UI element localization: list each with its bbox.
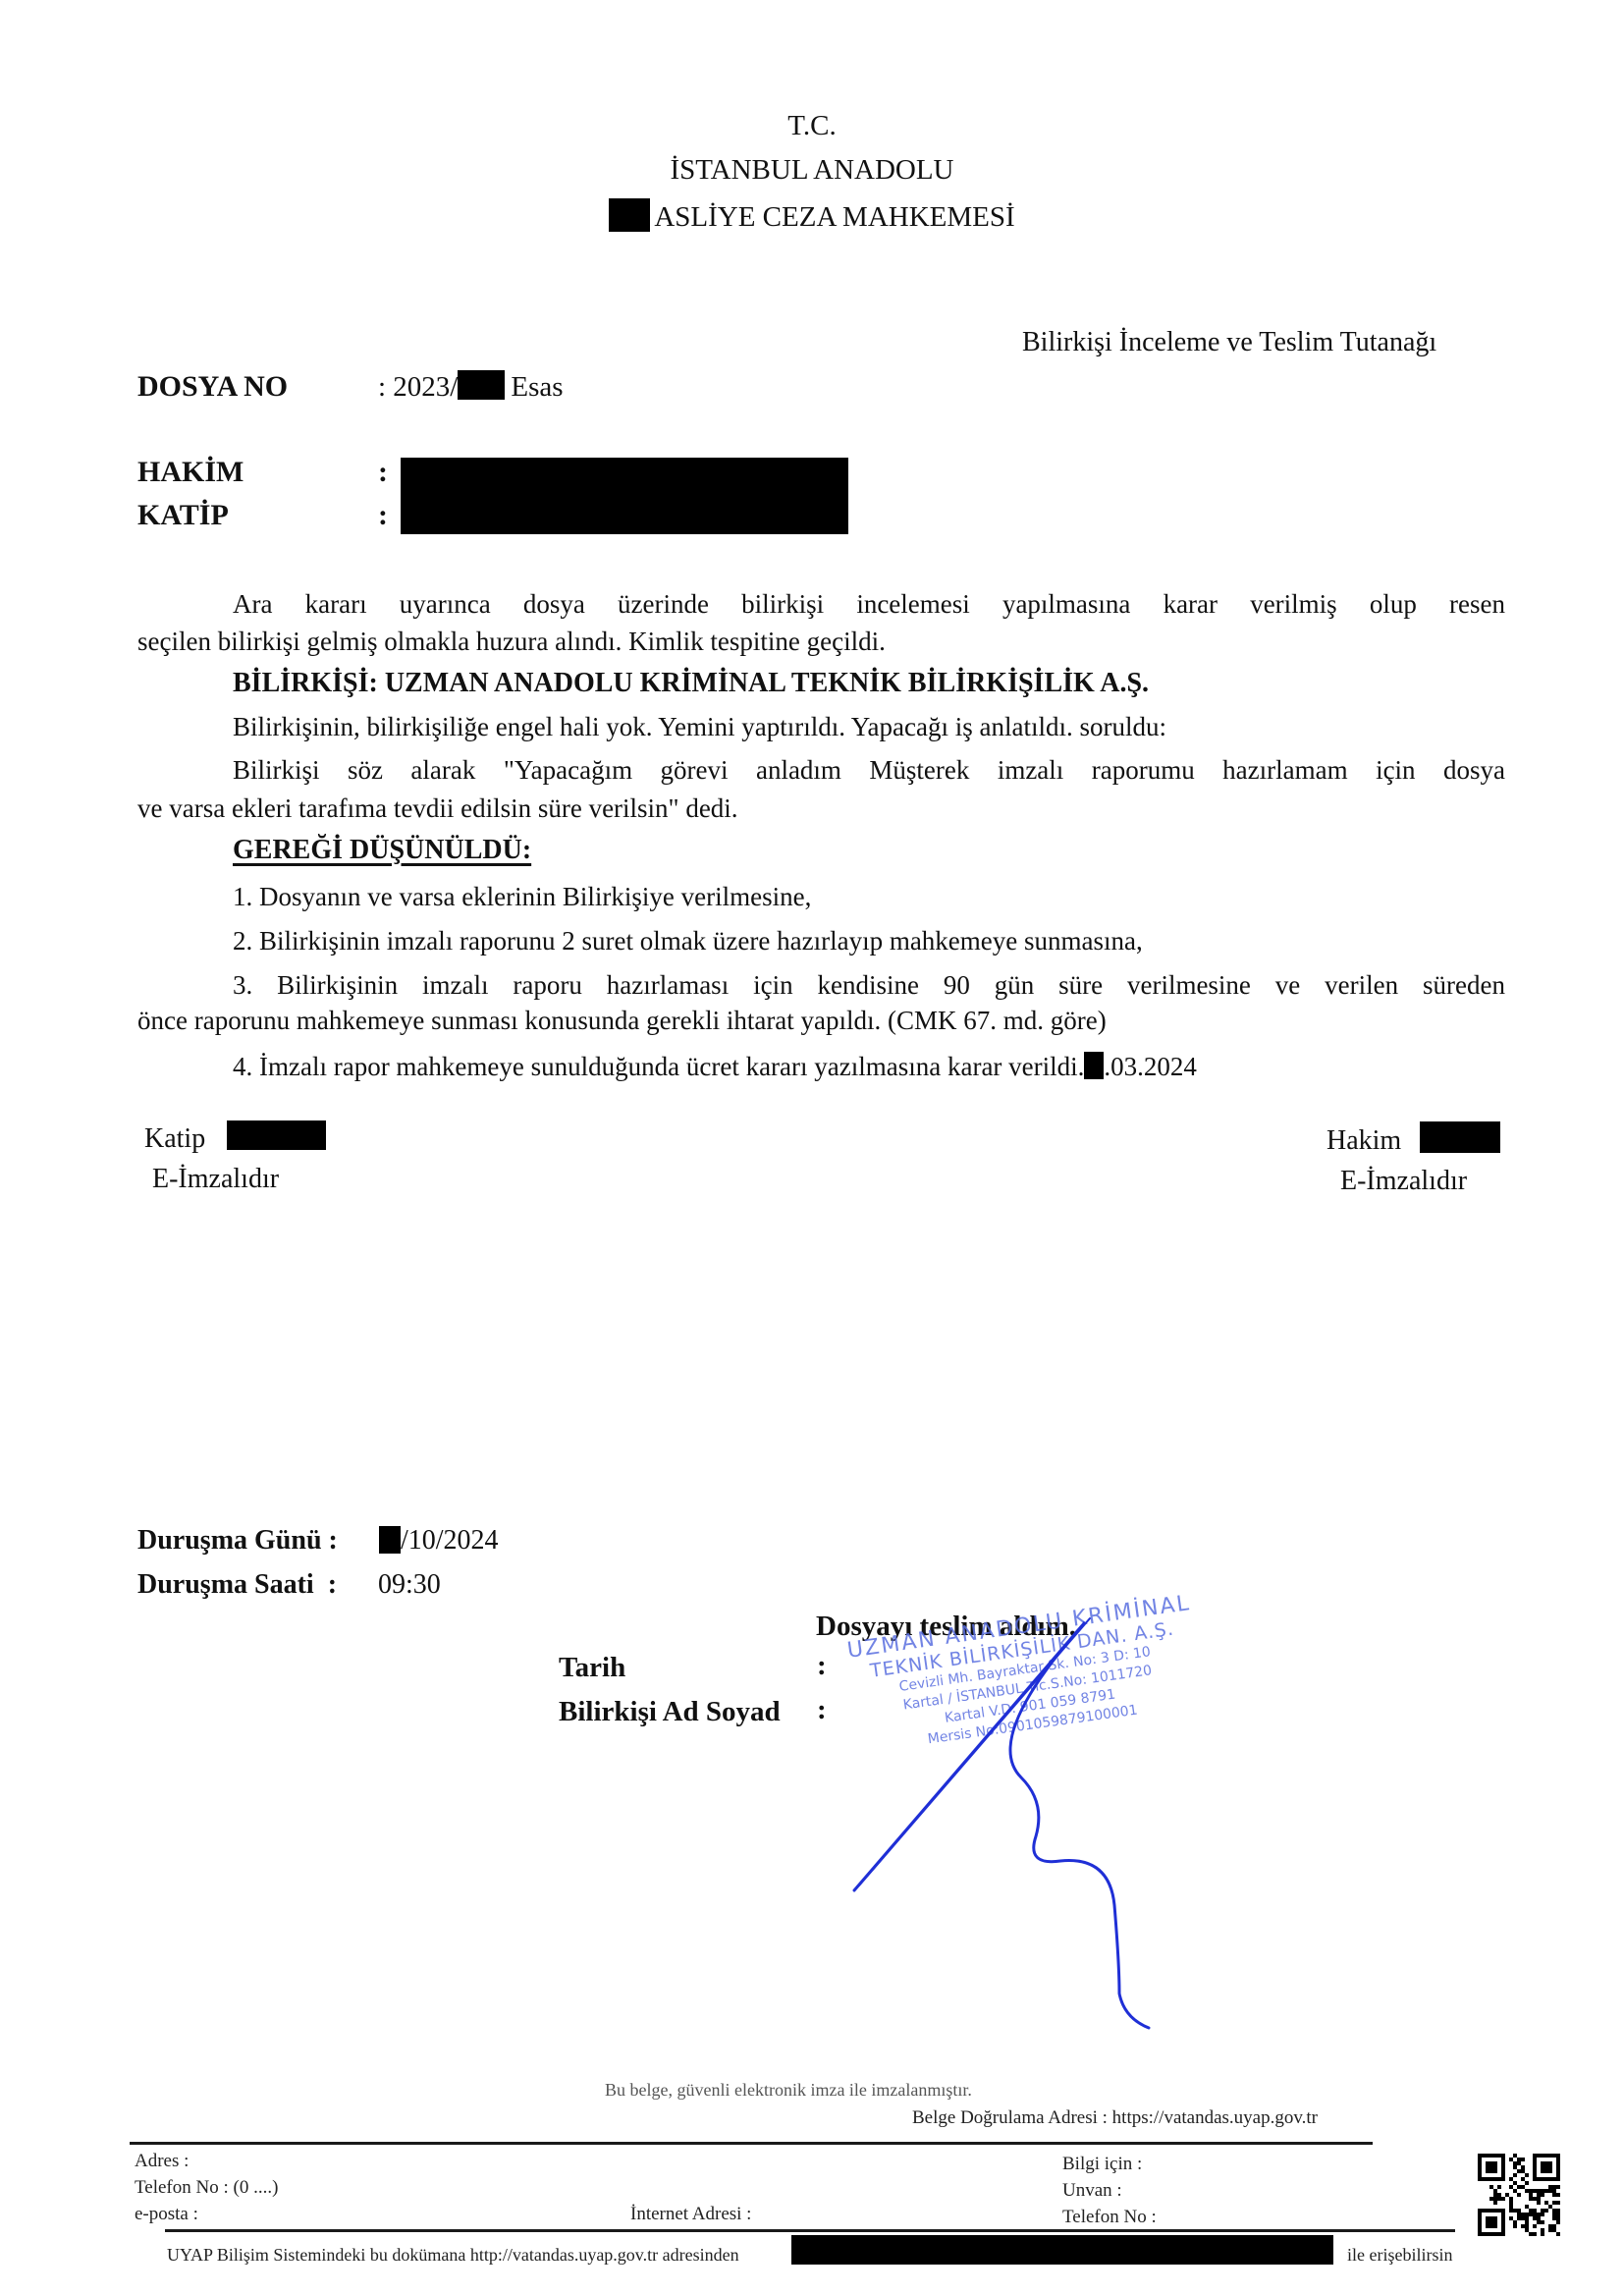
decision-item-4-text: 4. İmzalı rapor mahkemeye sunulduğunda ü… <box>233 1052 1084 1081</box>
dosya-no-value: : 2023/Esas <box>378 370 564 404</box>
uyap-access-text: UYAP Bilişim Sistemindeki bu dokümana ht… <box>167 2245 739 2266</box>
footer-unvan: Unvan : <box>1062 2180 1122 2202</box>
decision-heading: GEREĞİ DÜŞÜNÜLDÜ: <box>233 835 531 866</box>
hearing-day-value: /10/2024 <box>379 1525 499 1557</box>
para1-line1: Ara kararı uyarınca dosya üzerinde bilir… <box>233 589 1505 620</box>
redaction-hakim-katip-names <box>401 458 848 534</box>
hearing-day-date: /10/2024 <box>401 1525 499 1556</box>
receipt-date-label: Tarih <box>559 1652 625 1684</box>
katip-colon: : <box>378 499 388 532</box>
document-title: Bilirkişi İnceleme ve Teslim Tutanağı <box>1022 327 1436 358</box>
para3-line1: Bilirkişi söz alarak "Yapacağım görevi a… <box>233 755 1505 786</box>
header-city: İSTANBUL ANADOLU <box>0 154 1624 187</box>
uyap-access-suffix: ile erişebilirsin <box>1347 2245 1452 2266</box>
redaction-access-code <box>791 2235 1333 2265</box>
hakim-colon: : <box>378 456 388 489</box>
redaction-hakim-name <box>1420 1121 1500 1153</box>
header-court: ASLİYE CEZA MAHKEMESİ <box>0 198 1624 234</box>
dosya-no-label: DOSYA NO <box>137 370 288 404</box>
redaction-day <box>1084 1052 1104 1079</box>
footer-telefon-2: Telefon No : <box>1062 2207 1157 2228</box>
footer-top-rule <box>130 2142 1373 2145</box>
header-court-name: ASLİYE CEZA MAHKEMESİ <box>654 201 1014 233</box>
decision-item-3: 3. Bilirkişinin imzalı raporu hazırlamas… <box>233 970 1505 1001</box>
redaction-court-number <box>609 198 650 232</box>
header-tc: T.C. <box>0 110 1624 142</box>
hearing-time-value: 09:30 <box>378 1569 441 1601</box>
footer-internet: İnternet Adresi : <box>630 2204 751 2225</box>
receipt-name-label: Bilirkişi Ad Soyad <box>559 1696 781 1728</box>
dosya-no-esas: Esas <box>511 371 563 403</box>
hearing-day-label: Duruşma Günü : <box>137 1525 338 1557</box>
katip-esign-status: E-İmzalıdır <box>152 1164 279 1195</box>
hakim-label: HAKİM <box>137 456 244 489</box>
footer-bottom-rule <box>165 2229 1455 2232</box>
footer-adres: Adres : <box>135 2151 189 2172</box>
verify-address: Belge Doğrulama Adresi : https://vatanda… <box>912 2107 1318 2129</box>
decision-item-1: 1. Dosyanın ve varsa eklerinin Bilirkişi… <box>233 882 811 912</box>
decision-item-3-cont: önce raporunu mahkemeye sunması konusund… <box>137 1006 1107 1036</box>
footer-eposta: e-posta : <box>135 2204 198 2225</box>
decision-item-4-date: .03.2024 <box>1104 1052 1197 1081</box>
katip-label: KATİP <box>137 499 229 532</box>
handwritten-signature <box>825 1611 1237 2033</box>
dosya-no-year: : 2023/ <box>378 371 458 403</box>
footer-bilgi: Bilgi için : <box>1062 2154 1142 2175</box>
qr-code-icon[interactable] <box>1478 2154 1560 2236</box>
redaction-hearing-day <box>379 1526 401 1554</box>
para3-line2: ve varsa ekleri tarafıma tevdii edilsin … <box>137 793 738 824</box>
redaction-dosya-number <box>458 370 505 400</box>
footer-telefon: Telefon No : (0 ....) <box>135 2177 278 2199</box>
esign-note: Bu belge, güvenli elektronik imza ile im… <box>605 2080 972 2101</box>
katip-signature-label: Katip <box>144 1123 205 1155</box>
hakim-esign-status: E-İmzalıdır <box>1340 1166 1467 1197</box>
decision-item-2: 2. Bilirkişinin imzalı raporunu 2 suret … <box>233 926 1143 956</box>
hearing-time-label: Duruşma Saati : <box>137 1569 337 1601</box>
redaction-katip-name <box>227 1120 326 1150</box>
hakim-signature-label: Hakim <box>1326 1125 1401 1157</box>
decision-item-4: 4. İmzalı rapor mahkemeye sunulduğunda ü… <box>233 1052 1197 1082</box>
expert-line: BİLİRKİŞİ: UZMAN ANADOLU KRİMİNAL TEKNİK… <box>233 668 1149 699</box>
para2: Bilirkişinin, bilirkişiliğe engel hali y… <box>233 712 1166 742</box>
para1-line2: seçilen bilirkişi gelmiş olmakla huzura … <box>137 627 886 657</box>
